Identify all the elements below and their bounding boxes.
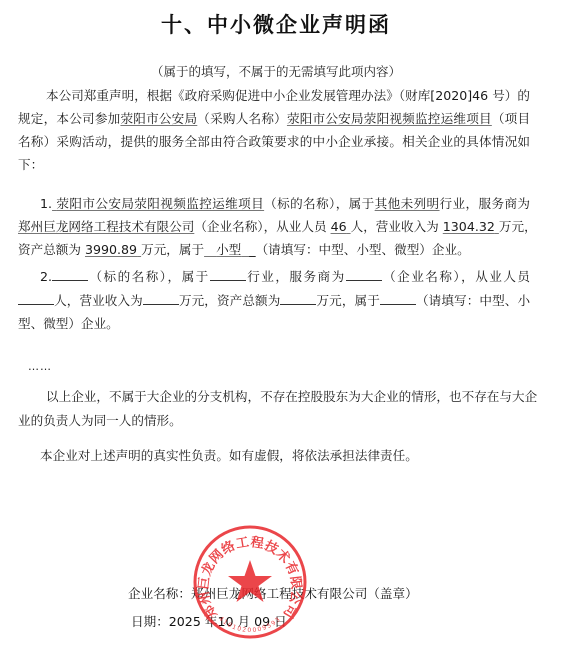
size-label: 万元，属于 <box>141 242 204 257</box>
size-hint: 型、微型）企业。 <box>18 316 119 331</box>
month-unit: 月 <box>238 614 251 629</box>
page-title: 十、中小微企业声明函 <box>0 9 552 39</box>
item2-revenue-blank[interactable] <box>143 292 179 305</box>
page-subtitle: （属于的填写，不属于的无需填写此项内容） <box>0 62 552 80</box>
item1-size: 小型 _ <box>204 242 256 257</box>
item1-revenue: 1304.32 <box>443 219 499 234</box>
statement-text: 业的负责人为同一人的情形。 <box>18 413 182 428</box>
date-month: 10 <box>217 614 233 629</box>
assets-label: 万元，资产总额为 <box>179 293 281 308</box>
company-name-value: 郑州巨龙网络工程技术有限公司（盖章） <box>191 586 418 601</box>
item1-industry: 其他未列明 <box>375 196 440 211</box>
size-label: 万元，属于 <box>316 293 380 308</box>
purchaser-name: 荥阳市公安局 <box>120 111 197 126</box>
employees-label: 人，营业收入为 <box>54 293 143 308</box>
industry-label: 行业，服务商为 <box>440 196 530 211</box>
purchaser-label: （采购人名称） <box>197 111 287 126</box>
company-name-label: 企业名称： <box>128 586 191 601</box>
item2-assets-blank[interactable] <box>280 292 316 305</box>
item2-employees-blank[interactable] <box>18 292 54 305</box>
item1-assets: 3990.89 <box>85 242 141 257</box>
intro-line-1: 本公司郑重声明，根据《政府采购促进中小企业发展管理办法》（财库[2020]46 … <box>46 88 530 104</box>
item2-company-blank[interactable] <box>346 268 382 281</box>
intro-line-2: 规定，本公司参加荥阳市公安局（采购人名称）荥阳市公安局荥阳视频监控运维项目（项目 <box>18 111 530 127</box>
item-number: 1. <box>40 196 52 211</box>
item1-line-1: 1. 荥阳市公安局荥阳视频监控运维项目（标的名称），属于其他未列明行业，服务商为 <box>40 196 530 212</box>
statement-text: 以上企业，不属于大企业的分支机构，不存在控股股东为大企业的情形，也不存在与大企 <box>46 389 537 404</box>
item2-line-3: 型、微型）企业。 <box>18 316 530 332</box>
statement-line-3: 本企业对上述声明的真实性负责。如有虚假，将依法承担法律责任。 <box>40 448 552 464</box>
item1-subject: 荥阳市公安局荥阳视频监控运维项目 <box>52 196 264 211</box>
intro-line-4: 下： <box>18 157 530 173</box>
item-number: 2. <box>40 269 52 284</box>
intro-text: 规定，本公司参加 <box>18 111 120 126</box>
subject-label: （标的名称），属于 <box>88 269 210 284</box>
date-day: 09 <box>254 614 270 629</box>
day-unit: 日 <box>274 614 287 629</box>
subject-label: （标的名称），属于 <box>264 196 375 211</box>
item1-line-2: 郑州巨龙网络工程技术有限公司（企业名称），从业人员 46 人，营业收入为 130… <box>18 219 530 235</box>
intro-line-3: 名称）采购活动，提供的服务全部由符合政策要求的中小企业承接。相关企业的具体情况如 <box>18 134 530 150</box>
item1-line-3: 资产总额为 3990.89 万元，属于 小型 _（请填写：中型、小型、微型）企业… <box>18 242 530 258</box>
size-hint: （请填写：中型、小 <box>416 293 530 308</box>
ellipsis: …… <box>28 360 52 373</box>
company-label: （企业名称），从业人员 <box>382 269 530 284</box>
intro-text: 名称）采购活动，提供的服务全部由符合政策要求的中小企业承接。相关企业的具体情况如 <box>18 134 530 149</box>
signature-date: 日期：2025 年10 月 09 日 <box>131 611 287 630</box>
intro-text: 本公司郑重声明，根据《政府采购促进中小企业发展管理办法》（财库[2020]46 … <box>46 88 530 103</box>
industry-label: 行业，服务商为 <box>246 269 346 284</box>
date-year: 2025 <box>169 614 201 629</box>
intro-text: 下： <box>18 157 43 172</box>
project-label: （项目 <box>492 111 530 126</box>
employees-label: 人，营业收入为 <box>351 219 439 234</box>
date-label: 日期： <box>131 614 169 629</box>
item2-line-2: 人，营业收入为万元，资产总额为万元，属于（请填写：中型、小 <box>18 292 530 309</box>
item2-subject-blank[interactable] <box>52 268 88 281</box>
item1-employees: 46 <box>331 219 351 234</box>
document-page: 十、中小微企业声明函 （属于的填写，不属于的无需填写此项内容） 本公司郑重声明，… <box>0 0 568 648</box>
statement-line-1: 以上企业，不属于大企业的分支机构，不存在控股股东为大企业的情形，也不存在与大企 <box>46 389 530 405</box>
item2-size-blank[interactable] <box>380 292 416 305</box>
item1-company: 郑州巨龙网络工程技术有限公司 <box>18 219 194 234</box>
statement-line-2: 业的负责人为同一人的情形。 <box>18 413 530 429</box>
year-unit: 年 <box>205 614 218 629</box>
signature-company: 企业名称：郑州巨龙网络工程技术有限公司（盖章） <box>128 583 418 602</box>
assets-label: 资产总额为 <box>18 242 81 257</box>
company-label: （企业名称），从业人员 <box>194 219 326 234</box>
project-name: 荥阳市公安局荥阳视频监控运维项目 <box>287 111 492 126</box>
revenue-label: 万元， <box>499 219 537 234</box>
item2-industry-blank[interactable] <box>210 268 246 281</box>
size-hint: （请填写：中型、小型、微型）企业。 <box>256 242 470 257</box>
statement-text: 本企业对上述声明的真实性负责。如有虚假，将依法承担法律责任。 <box>40 448 418 463</box>
seal-text: 郑州巨龙网络工程技术有限公司 <box>196 534 304 622</box>
item2-line-1: 2.（标的名称），属于行业，服务商为（企业名称），从业人员 <box>40 268 530 285</box>
